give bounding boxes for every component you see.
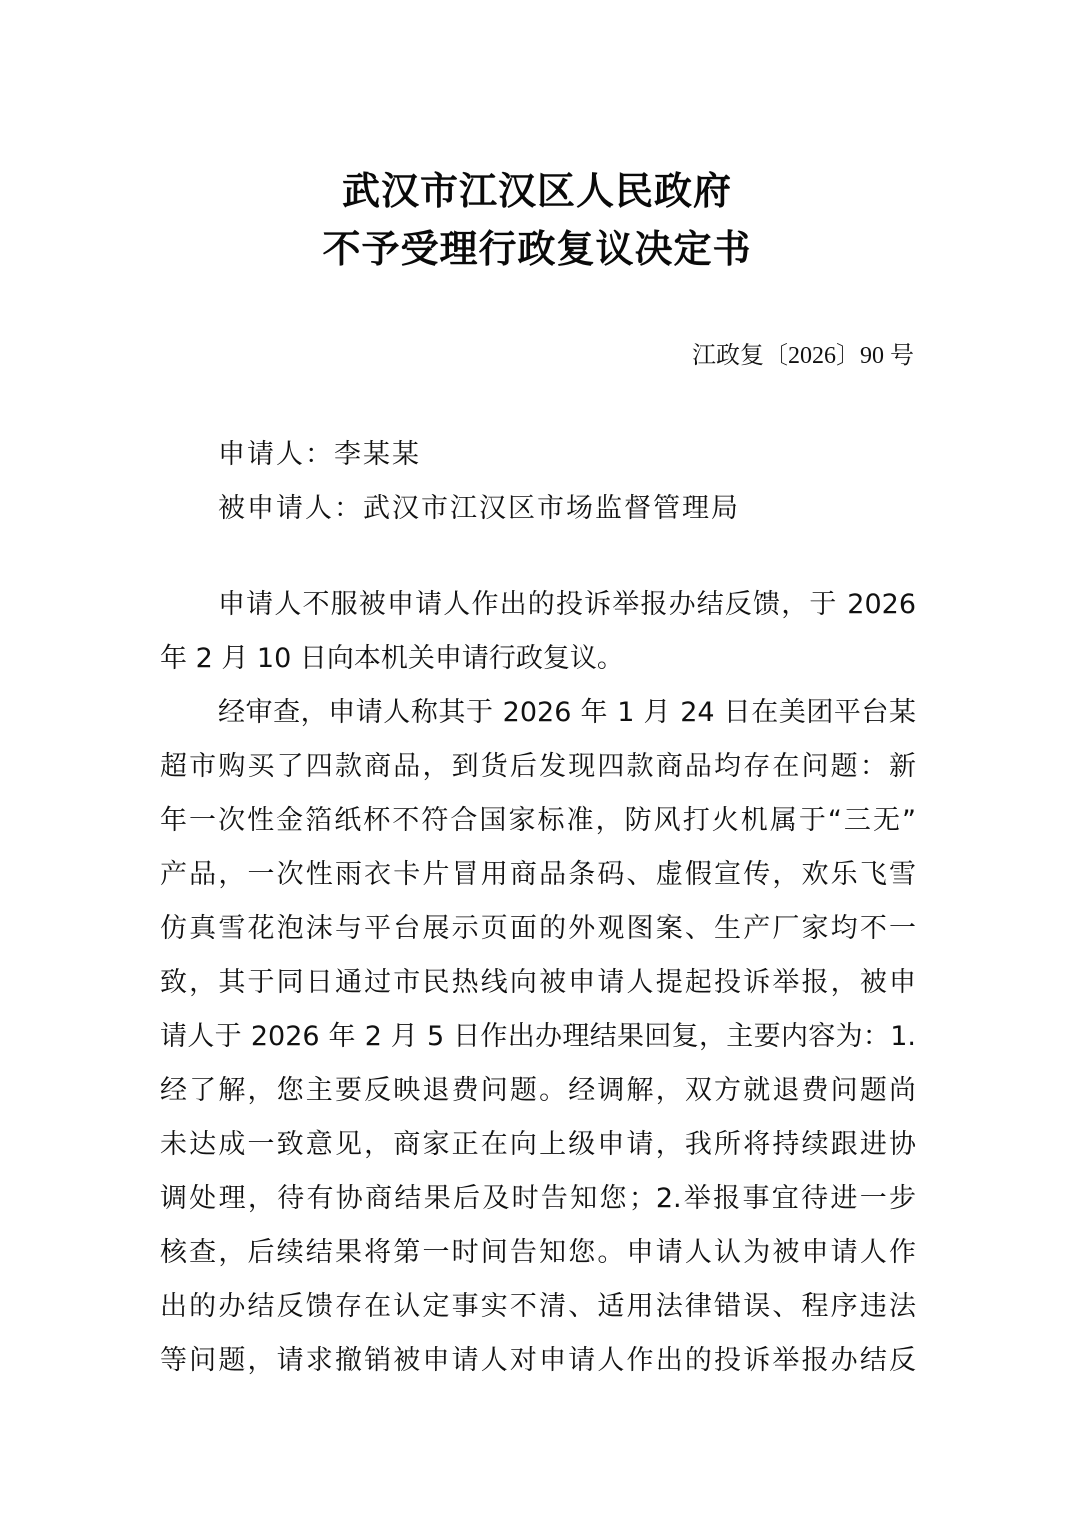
parties-block: 申请人：李某某 被申请人：武汉市江汉区市场监督管理局 bbox=[218, 428, 740, 536]
respondent-line: 被申请人：武汉市江汉区市场监督管理局 bbox=[218, 482, 740, 536]
body-line: 调处理，待有协商结果后及时告知您；2.举报事宜待进一步 bbox=[160, 1172, 916, 1226]
body-line: 出的办结反馈存在认定事实不清、适用法律错误、程序违法 bbox=[160, 1280, 916, 1334]
body-line: 年一次性金箔纸杯不符合国家标准，防风打火机属于“三无” bbox=[160, 794, 916, 848]
paragraph-application: 申请人不服被申请人作出的投诉举报办结反馈，于 2026 年 2 月 10 日向本… bbox=[160, 578, 916, 686]
body-line: 年 2 月 10 日向本机关申请行政复议。 bbox=[160, 632, 916, 686]
body-line: 经了解，您主要反映退费问题。经调解，双方就退费问题尚 bbox=[160, 1064, 916, 1118]
title-line-decision-type: 不予受理行政复议决定书 bbox=[0, 220, 1074, 278]
applicant-line: 申请人：李某某 bbox=[218, 428, 740, 482]
body-line: 核查，后续结果将第一时间告知您。申请人认为被申请人作 bbox=[160, 1226, 916, 1280]
body-line: 等问题，请求撤销被申请人对申请人作出的投诉举报办结反 bbox=[160, 1334, 916, 1388]
document-page: 武汉市江汉区人民政府 不予受理行政复议决定书 江政复〔2026〕90 号 申请人… bbox=[0, 0, 1074, 1520]
body-line: 超市购买了四款商品，到货后发现四款商品均存在问题：新 bbox=[160, 740, 916, 794]
body-line: 致，其于同日通过市民热线向被申请人提起投诉举报，被申 bbox=[160, 956, 916, 1010]
title-line-issuer: 武汉市江汉区人民政府 bbox=[0, 162, 1074, 220]
body-line: 未达成一致意见，商家正在向上级申请，我所将持续跟进协 bbox=[160, 1118, 916, 1172]
body-line: 经审查，申请人称其于 2026 年 1 月 24 日在美团平台某 bbox=[160, 686, 916, 740]
document-title: 武汉市江汉区人民政府 不予受理行政复议决定书 bbox=[0, 162, 1074, 278]
body-line: 申请人不服被申请人作出的投诉举报办结反馈，于 2026 bbox=[160, 578, 916, 632]
body-line: 产品，一次性雨衣卡片冒用商品条码、虚假宣传，欢乐飞雪 bbox=[160, 848, 916, 902]
body-line: 仿真雪花泡沫与平台展示页面的外观图案、生产厂家均不一 bbox=[160, 902, 916, 956]
document-body: 申请人不服被申请人作出的投诉举报办结反馈，于 2026 年 2 月 10 日向本… bbox=[160, 578, 916, 1388]
document-number: 江政复〔2026〕90 号 bbox=[692, 338, 914, 374]
paragraph-examination: 经审查，申请人称其于 2026 年 1 月 24 日在美团平台某 超市购买了四款… bbox=[160, 686, 916, 1388]
body-line: 请人于 2026 年 2 月 5 日作出办理结果回复，主要内容为：1. bbox=[160, 1010, 916, 1064]
